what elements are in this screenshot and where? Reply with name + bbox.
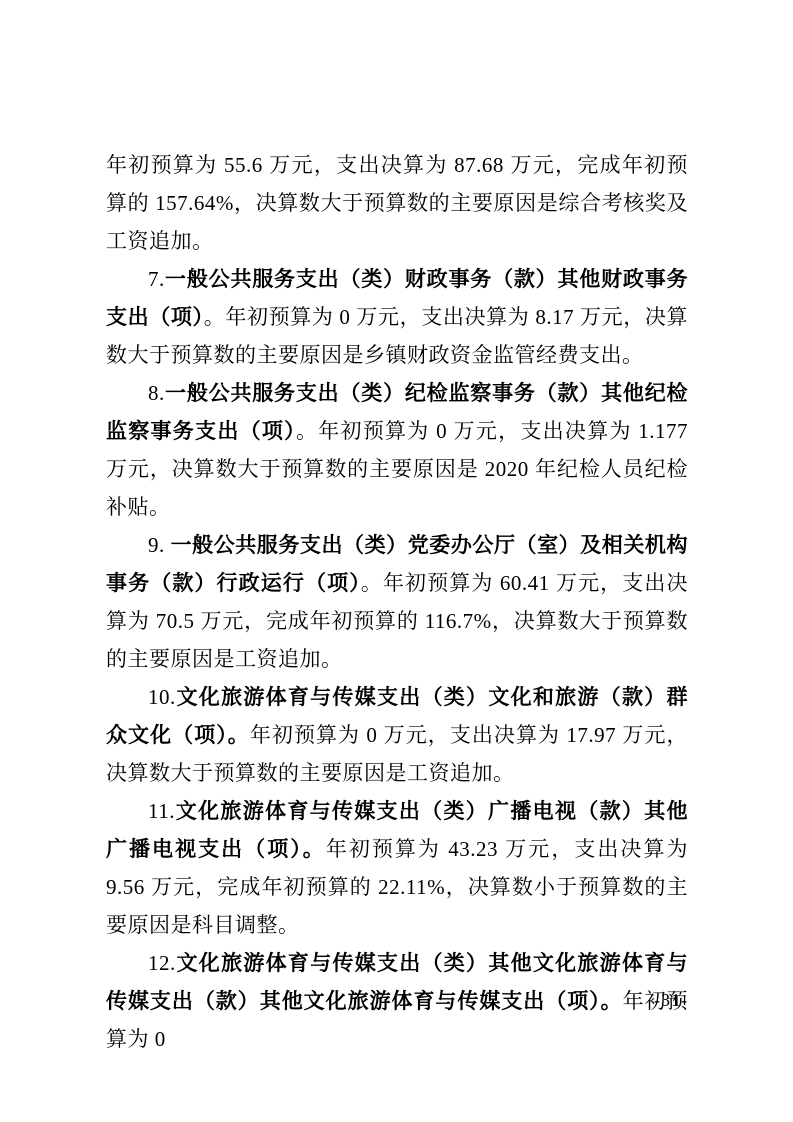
paragraph: 8.一般公共服务支出（类）纪检监察事务（款）其他纪检监察事务支出（项）。年初预算… [106,374,688,526]
paragraph: 9. 一般公共服务支出（类）党委办公厅（室）及相关机构事务（款）行政运行（项）。… [106,526,688,678]
paragraph: 年初预算为 55.6 万元，支出决算为 87.68 万元，完成年初预算的 157… [106,146,688,260]
paragraph: 11.文化旅游体育与传媒支出（类）广播电视（款）其他广播电视支出（项）。年初预算… [106,792,688,944]
document-body: 年初预算为 55.6 万元，支出决算为 87.68 万元，完成年初预算的 157… [106,146,688,1058]
body-text: 11. [148,799,175,823]
body-text: 10. [148,685,176,709]
body-text: 年初预算为 55.6 万元，支出决算为 87.68 万元，完成年初预算的 157… [106,153,688,253]
document-page: 年初预算为 55.6 万元，支出决算为 87.68 万元，完成年初预算的 157… [0,0,793,1122]
paragraph: 10.文化旅游体育与传媒支出（类）文化和旅游（款）群众文化（项）。年初预算为 0… [106,678,688,792]
body-text: 12. [148,951,176,975]
page-number: -31- [654,989,688,1011]
body-text: 8. [148,381,165,405]
body-text: 7. [148,267,165,291]
body-text: 9. [148,533,171,557]
expenditure-item-heading: 文化旅游体育与传媒支出（类）其他文化旅游体育与传媒支出（款）其他文化旅游体育与传… [106,951,688,1013]
paragraph: 12.文化旅游体育与传媒支出（类）其他文化旅游体育与传媒支出（款）其他文化旅游体… [106,944,688,1058]
paragraph: 7.一般公共服务支出（类）财政事务（款）其他财政事务支出（项）。年初预算为 0 … [106,260,688,374]
